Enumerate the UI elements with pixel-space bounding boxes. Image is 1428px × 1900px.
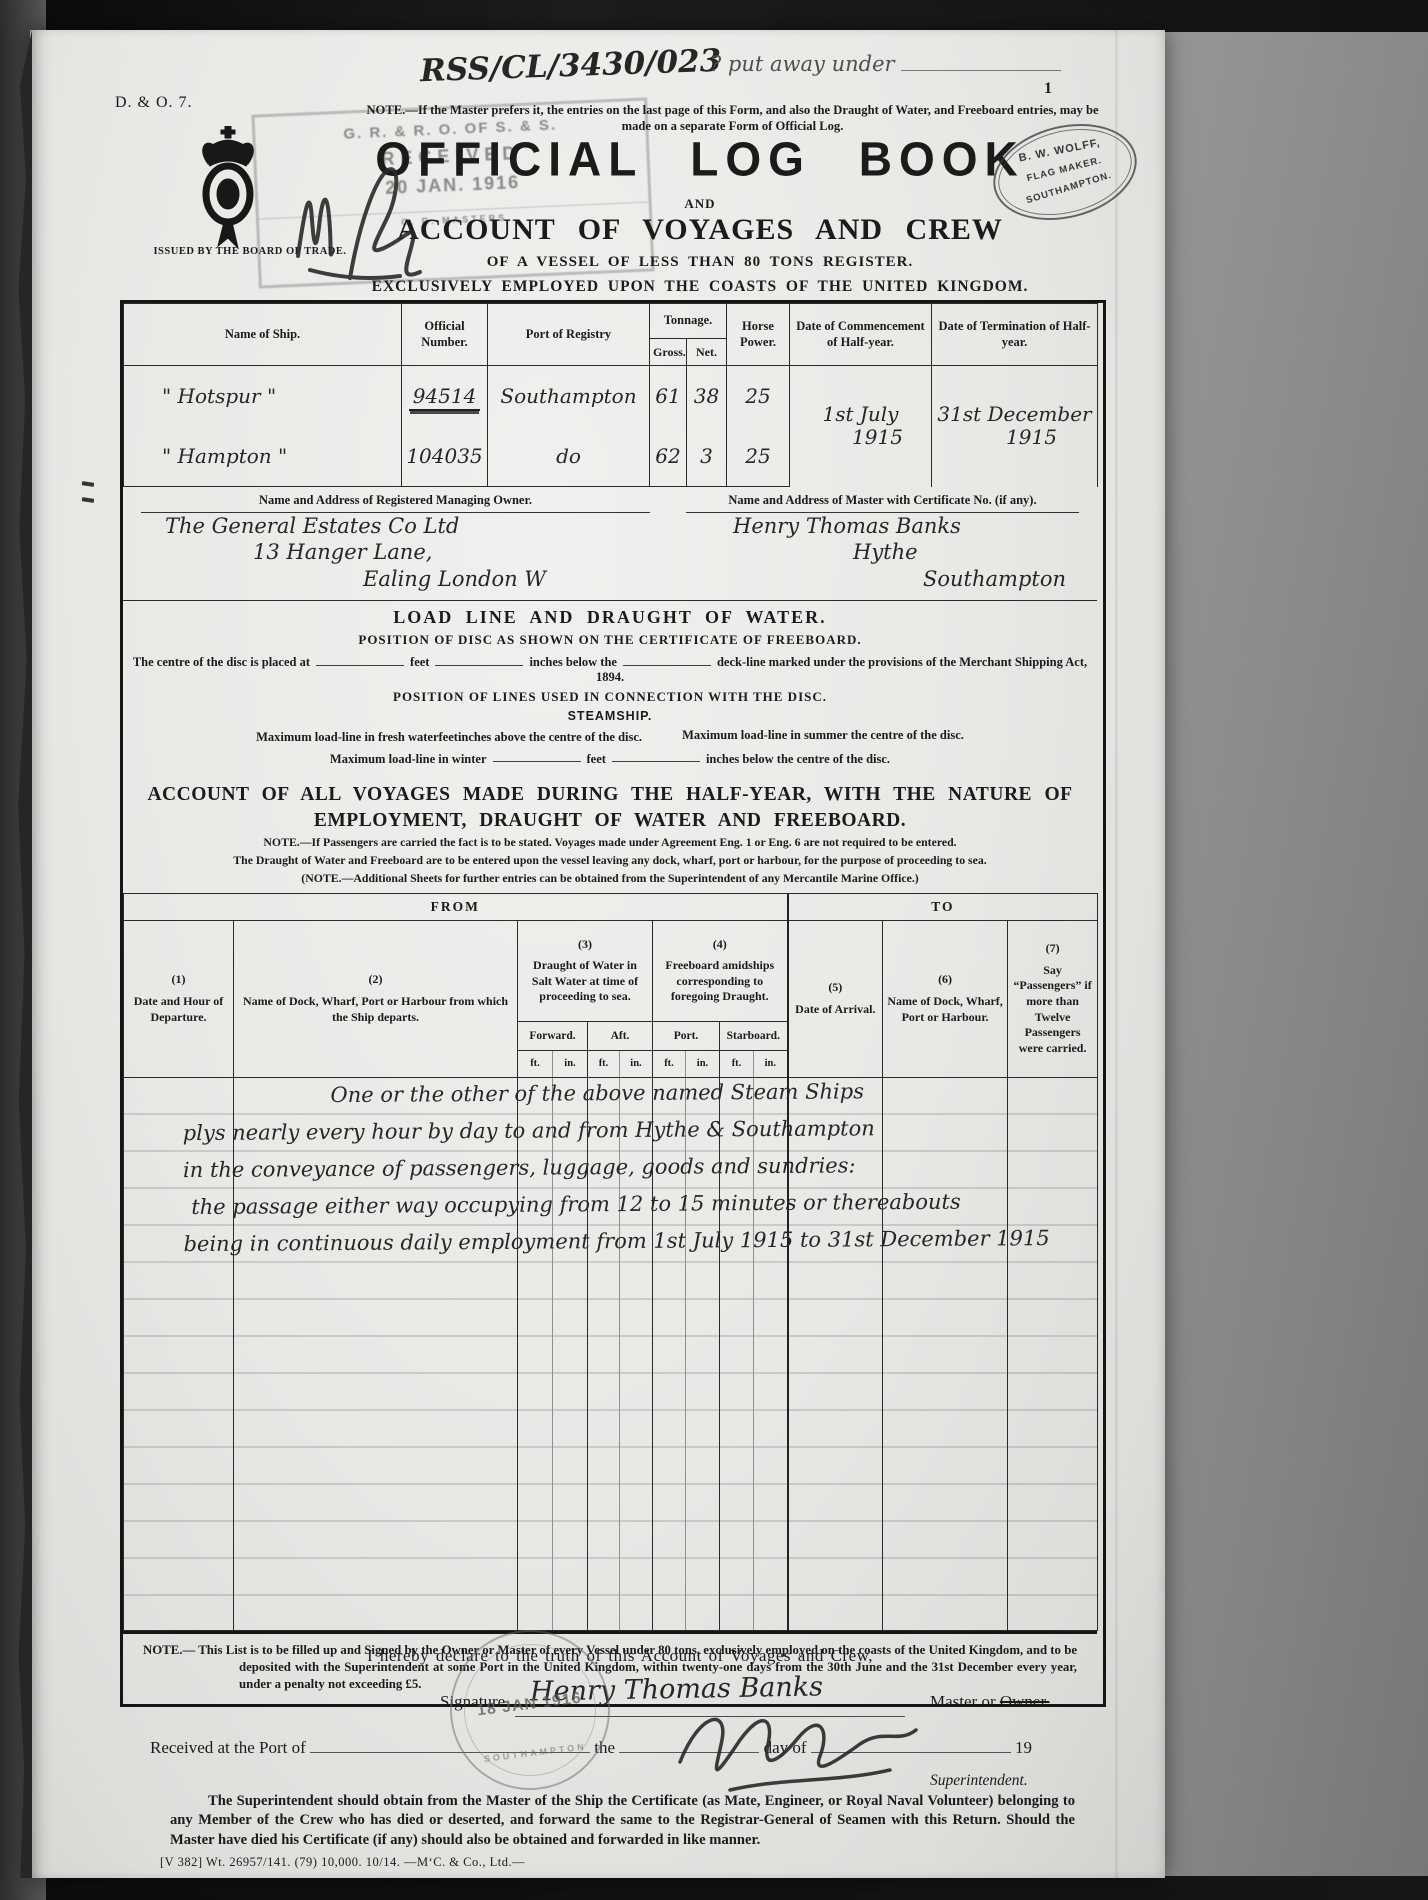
ship-official-number-value: 94514 [409,384,481,411]
master-block: Name and Address of Master with Certific… [668,487,1097,600]
superintendent-signature-scrawl [670,1700,930,1805]
port-date-stamp: 18 JAN 1916 SOUTHAMPTON [441,1621,619,1799]
col-to-dock: (6)Name of Dock, Wharf, Port or Harbour. [883,920,1008,1077]
disc-position-line: The centre of the disc is placed atfeeti… [123,653,1097,685]
owner-name: The General Estates Co Ltd [123,513,668,539]
unit-ft: ft. [518,1050,553,1077]
termination-date-line1: 31st December [935,403,1094,426]
ship-info-table: Name of Ship. Official Number. Port of R… [123,303,1098,487]
from-banner: FROM [124,893,788,920]
voyage-table-wrap: FROM TO (1)Date and Hour of Departure. (… [123,893,1097,1631]
col6-label: Name of Dock, Wharf, Port or Harbour. [887,994,1003,1025]
scanned-document: G. R. & R. O. OF S. & S. RECEIVED 20 JAN… [0,0,1428,1900]
col7-number: (7) [1012,941,1093,957]
header-note: NOTE.—If the Master prefers it, the entr… [360,102,1105,135]
unit-in: in. [686,1050,720,1077]
account-note-3: (NOTE.—Additional Sheets for further ent… [123,871,1097,887]
entry-line-5: being in continuous daily employment fro… [171,1220,1081,1263]
disc-position-heading: POSITION OF DISC AS SHOWN ON THE CERTIFI… [123,632,1097,648]
col-header-horse-power: Horse Power. [727,304,790,366]
form-code: D. & O. 7. [115,94,193,112]
col-header-commencement: Date of Commencement of Half-year. [790,304,932,366]
col6-number: (6) [887,972,1003,988]
master-name: Henry Thomas Banks [668,513,1097,539]
col4-number: (4) [657,937,783,953]
signature-row: Signature Henry Thomas Banks Master or O… [170,1680,1070,1726]
winter-blank-feet [493,750,581,763]
col-header-termination: Date of Termination of Half-year. [932,304,1098,366]
owner-master-section: Name and Address of Registered Managing … [123,487,1097,601]
col-header-tonnage: Tonnage. [650,304,727,339]
account-heading-section: ACCOUNT OF ALL VOYAGES MADE DURING THE H… [123,774,1097,892]
commencement-date-line1: 1st July [793,403,928,426]
col-header-gross: Gross. [650,339,687,366]
stitch-mark [82,497,94,503]
disc-text-b: feet [410,655,429,669]
sub-aft: Aft. [588,1021,653,1050]
pencil-annotation: ? put away under [710,50,1061,76]
fresh-text-c: inches above the centre of the disc. [458,730,642,744]
fresh-text-b: feet [439,730,458,744]
pencil-annotation-text: ? put away under [710,52,895,76]
col5-label: Date of Arrival. [793,1002,879,1018]
to-banner: TO [788,893,1098,920]
sub-port: Port. [653,1021,720,1050]
commencement-date: 1st July 1915 [790,366,932,487]
ship-net-tonnage: 3 [687,426,727,487]
col-from-dock: (2)Name of Dock, Wharf, Port or Harbour … [234,920,518,1077]
owner-address-line1: 13 Hanger Lane, [123,539,668,565]
entry-line-4: the passage either way occupying from 12… [171,1183,1081,1226]
steamship-label: STEAMSHIP. [123,709,1097,723]
winter-text-c: inches below the centre of the disc. [706,751,890,765]
master-or-text: Master or [930,1692,996,1711]
monogram-scrawl [280,160,530,295]
load-line-section: LOAD LINE AND DRAUGHT OF WATER. POSITION… [123,601,1097,775]
fresh-water-line: Maximum load-line in fresh waterfeetinch… [123,728,1097,745]
master-address-line1: Hythe [668,539,1097,565]
entry-line-3: in the conveyance of passengers, luggage… [171,1146,1081,1189]
ship-net-tonnage: 38 [687,366,727,427]
unit-ft: ft. [653,1050,686,1077]
disc-blank-feet [316,653,404,666]
summer-segment: Maximum load-line in summer the centre o… [682,728,964,745]
ship-port: Southampton [488,366,650,427]
col-departure: (1)Date and Hour of Departure. [124,920,234,1077]
load-line-title: LOAD LINE AND DRAUGHT OF WATER. [123,607,1097,628]
declaration-line: I hereby declare to the truth of this Ac… [170,1646,1070,1666]
scan-top-band [0,0,1428,32]
disc-blank-inches [435,653,523,666]
disc-text-a: The centre of the disc is placed at [133,655,310,669]
ship-name: " Hampton " [124,426,402,487]
col2-number: (2) [238,972,513,988]
disc-blank-deck [623,653,711,666]
col1-label: Date and Hour of Departure. [128,994,229,1025]
winter-line: Maximum load-line in winterfeetinches be… [123,750,1097,767]
ship-name: " Hotspur " [124,366,402,427]
col-header-ship-name: Name of Ship. [124,304,402,366]
board-of-trade-crest-icon [188,126,268,257]
disc-text-c: inches below the [529,655,617,669]
col5-number: (5) [793,980,879,996]
sub-forward: Forward. [518,1021,588,1050]
fresh-text-a: Maximum load-line in fresh water [256,730,438,744]
owner-struck-text: Owner. [1000,1692,1050,1711]
archive-reference-handwritten: RSS/CL/3430/023 [419,43,721,89]
col7-label: Say “Passengers” if more than Twelve Pas… [1012,963,1093,1057]
unit-in: in. [553,1050,588,1077]
unit-ft: ft. [588,1050,620,1077]
unit-in: in. [620,1050,653,1077]
managing-owner-block: Name and Address of Registered Managing … [123,487,668,600]
winter-blank-inches [612,750,700,763]
stitch-mark [82,481,94,487]
termination-date-line2: 1915 [935,426,1094,449]
col-header-port-of-registry: Port of Registry [488,304,650,366]
col-draught: (3)Draught of Water in Salt Water at tim… [518,920,653,1021]
page-number: 1 [1044,80,1052,98]
col2-label: Name of Dock, Wharf, Port or Harbour fro… [238,994,513,1025]
ship-official-number: 94514 [402,366,488,427]
termination-date: 31st December 1915 [932,366,1098,487]
entry-line-2: plys nearly every hour by day to and fro… [171,1109,1081,1152]
voyage-entry-handwriting: One or the other of the above named Stea… [170,1072,1081,1263]
account-heading-line1: ACCOUNT OF ALL VOYAGES MADE DURING THE H… [123,782,1097,807]
closing-paragraph: The Superintendent should obtain from th… [170,1792,1075,1850]
ship-port: do [488,426,650,487]
fresh-water-segment: Maximum load-line in fresh waterfeetinch… [256,728,642,745]
col3-label: Draught of Water in Salt Water at time o… [522,958,648,1005]
received-text-a: Received at the Port of [150,1738,306,1757]
col4-label: Freeboard amidships corresponding to for… [657,958,783,1005]
account-note-1: NOTE.—If Passengers are carried the fact… [123,835,1097,851]
sub-starboard: Starboard. [720,1021,788,1050]
master-header: Name and Address of Master with Certific… [686,493,1079,513]
account-heading-line2: EMPLOYMENT, DRAUGHT OF WATER AND FREEBOA… [123,808,1097,833]
lines-position-heading: POSITION OF LINES USED IN CONNECTION WIT… [123,689,1097,705]
pencil-annotation-blank [901,50,1061,71]
col3-number: (3) [522,937,648,953]
master-or-owner: Master or Owner. [930,1692,1049,1712]
owner-address-line2: Ealing London W [123,566,668,592]
form-main-box: Name of Ship. Official Number. Port of R… [120,300,1106,1707]
winter-text-a: Maximum load-line in winter [330,751,487,765]
col-header-official-number: Official Number. [402,304,488,366]
printer-imprint: [V 382] Wt. 26957/141. (79) 10,000. 10/1… [160,1855,525,1870]
col-passengers: (7)Say “Passengers” if more than Twelve … [1008,920,1098,1077]
ship-gross-tonnage: 62 [650,426,687,487]
col-header-net: Net. [687,339,727,366]
scan-bottom-band [0,1876,1428,1900]
master-address-line2: Southampton [668,566,1097,592]
ship-horse-power: 25 [727,366,790,427]
col1-number: (1) [128,972,229,988]
commencement-date-line2: 1915 [793,426,928,449]
col-arrival: (5)Date of Arrival. [788,920,883,1077]
ship-gross-tonnage: 61 [650,366,687,427]
winter-text-b: feet [587,751,606,765]
paper-crease [1115,30,1118,1878]
ship-official-number: 104035 [402,426,488,487]
col-freeboard: (4)Freeboard amidships corresponding to … [653,920,788,1021]
log-book-page: G. R. & R. O. OF S. & S. RECEIVED 20 JAN… [30,30,1165,1878]
superintendent-label: Superintendent. [930,1772,1028,1790]
ship-horse-power: 25 [727,426,790,487]
account-note-2: The Draught of Water and Freeboard are t… [123,853,1097,869]
entry-line-1: One or the other of the above named Stea… [170,1072,1080,1115]
received-text-d: 19 [1015,1738,1032,1757]
owner-header: Name and Address of Registered Managing … [141,493,650,513]
ship-row-hotspur: " Hotspur " 94514 Southampton 61 38 25 1… [124,366,1098,427]
